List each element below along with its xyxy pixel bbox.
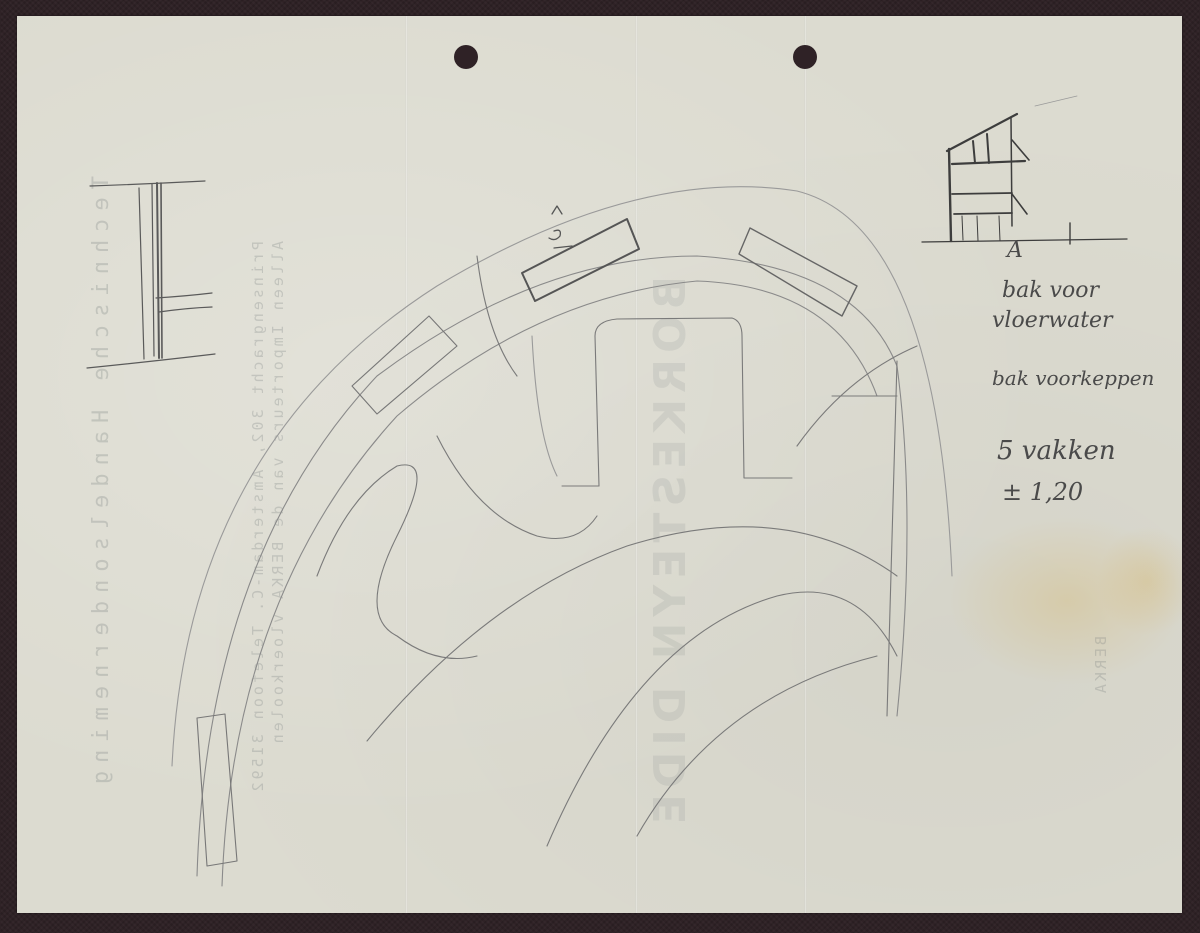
paper-sheet: Technische Handelsonderneming Alleen Imp… (17, 16, 1182, 913)
elevation-sketch (922, 96, 1127, 244)
curved-plan-sketch (172, 187, 952, 886)
note-line-4: 5 vakken (997, 436, 1116, 466)
note-line-2: vloerwater (992, 308, 1113, 333)
note-line-1: bak voor (1002, 278, 1099, 303)
wall-section-sketch (87, 181, 215, 368)
note-line-5: ± 1,20 (1002, 478, 1083, 506)
note-line-3: bak voorkeppen (992, 366, 1154, 390)
section-mark-a: A (1007, 238, 1023, 263)
